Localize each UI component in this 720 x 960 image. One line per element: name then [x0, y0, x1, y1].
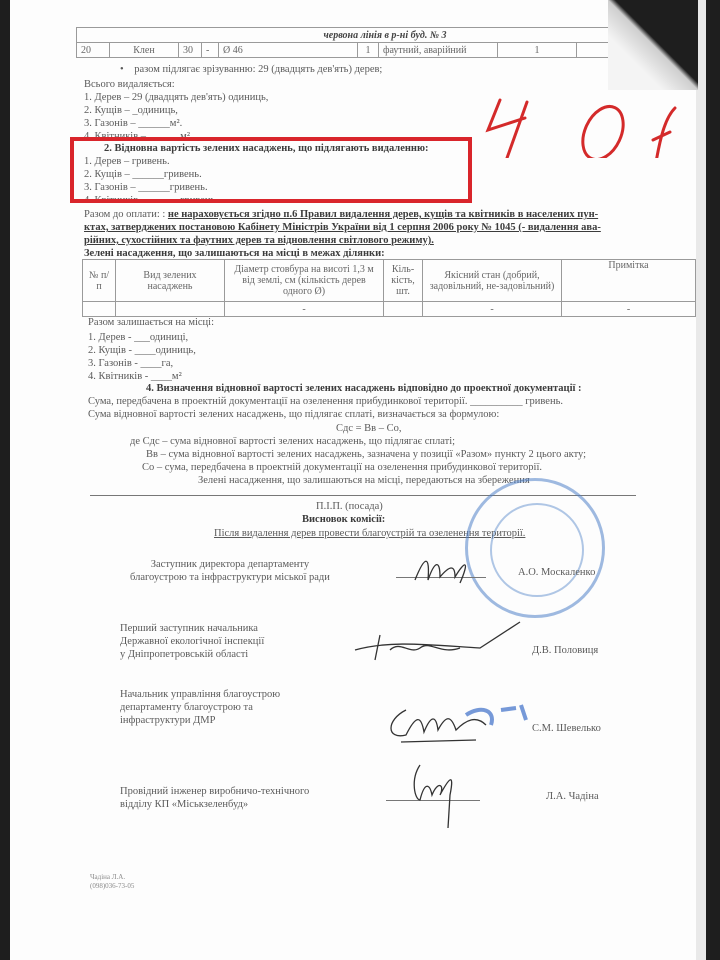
signatory-title: Перший заступник начальникаДержавної еко… — [120, 622, 264, 661]
remain-item: 1. Дерев - ___одиниці, — [88, 331, 188, 344]
section4-line: Вв – сума відновної вартості зелених нас… — [146, 448, 586, 461]
total-bullet: • разом підлягає зрізуванню: 29 (двадцят… — [120, 63, 382, 76]
section4-heading: 4. Визначення відновної вартості зелених… — [146, 382, 582, 395]
top-table: червона лінія в р-ні буд. № 3 20 Клен 30… — [76, 27, 694, 58]
remaining-table: № п/п Вид зелених насаджень Діаметр стов… — [82, 259, 696, 317]
signatory-name: Л.А. Чадіна — [546, 790, 599, 803]
footer-contact: Чадіна Л.А.(098)036-73-05 — [90, 873, 134, 891]
total-pay-text: ктах, затверджених постановою Кабінету М… — [84, 221, 601, 234]
signatory-title: Заступник директора департаментублагоуст… — [130, 558, 330, 584]
document-page: червона лінія в р-ні буд. № 3 20 Клен 30… — [10, 0, 696, 960]
section4-line: Зелені насадження, що залишаються на міс… — [198, 474, 530, 487]
section4-line: Сума, передбачена в проектній документац… — [88, 395, 563, 408]
signature-icon — [386, 700, 536, 745]
pib-label: П.І.П. (посада) — [316, 500, 383, 513]
highlight-box — [70, 137, 472, 203]
section4-line: Со – сума, передбачена в проектній докум… — [142, 461, 542, 474]
removed-item: 2. Кущів – _одиниць, — [84, 104, 178, 117]
table-row: 20 Клен 30 - Ø 46 1 фаутний, аварійний 1… — [77, 43, 694, 58]
signatory-name: А.О. Москаленко — [518, 566, 595, 579]
remain-item: 2. Кущів - ____одиниць, — [88, 344, 196, 357]
table-row: - - - — [83, 302, 696, 317]
removed-item: 3. Газонів – ______м². — [84, 117, 182, 130]
conclusion-heading: Висновок комісії: — [302, 513, 385, 526]
signatory-title: Провідний інженер виробничо-технічногові… — [120, 785, 309, 811]
removed-heading: Всього видаляється: — [84, 78, 175, 91]
removed-item: 1. Дерев – 29 (двадцять дев'ять) одиниць… — [84, 91, 268, 104]
handwritten-note — [485, 88, 685, 158]
total-pay-text: не нараховується згідно п.6 Правил видал… — [168, 209, 598, 220]
section4-line: де Сдс – сума відновної вартості зелених… — [130, 435, 455, 448]
remain-item: 3. Газонів - ____га, — [88, 357, 173, 370]
remain-total-heading: Разом залишається на місці: — [88, 316, 214, 329]
formula: Сдс = Вв – Со, — [336, 422, 402, 435]
total-pay-text: рійних, сухостійних та фаутних дерев та … — [84, 234, 434, 247]
signatory-name: С.М. Шевелько — [532, 722, 601, 735]
section-title: червона лінія в р-ні буд. № 3 — [77, 28, 694, 43]
signatory-name: Д.В. Половиця — [532, 644, 598, 657]
total-pay-label: Разом до оплати: : — [84, 209, 165, 220]
signature-icon — [410, 555, 480, 585]
section4-line: Сума відновної вартості зелених насаджен… — [88, 408, 499, 421]
official-stamp — [465, 478, 605, 618]
signatory-title: Начальник управління благоустроюдепартам… — [120, 688, 280, 727]
page-fold — [608, 0, 698, 90]
page-edge — [696, 0, 706, 960]
signature-icon — [350, 620, 530, 665]
signature-icon — [410, 760, 470, 830]
